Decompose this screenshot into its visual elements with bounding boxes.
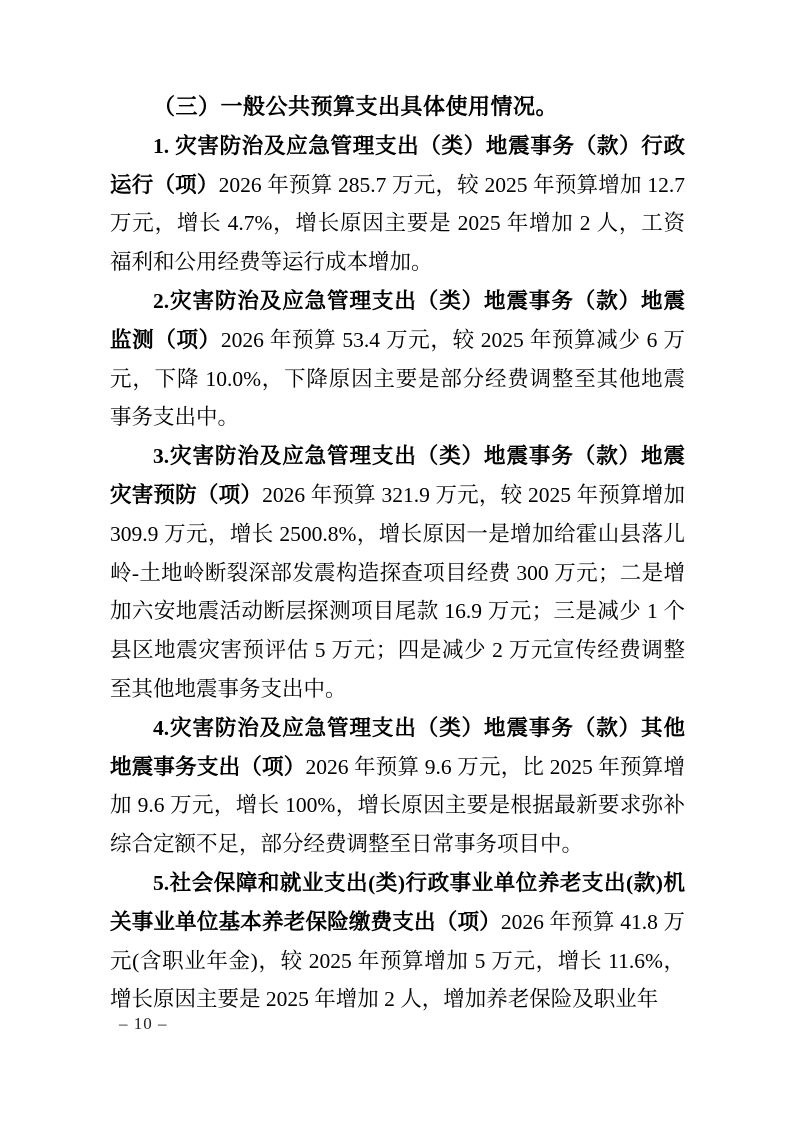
- document-body: （三）一般公共预算支出具体使用情况。 1. 灾害防治及应急管理支出（类）地震事务…: [110, 88, 685, 1019]
- paragraph-2: 2.灾害防治及应急管理支出（类）地震事务（款）地震监测（项）2026 年预算 5…: [110, 282, 685, 437]
- paragraph-3: 3.灾害防治及应急管理支出（类）地震事务（款）地震灾害预防（项）2026 年预算…: [110, 437, 685, 709]
- clause-body-3: 2026 年预算 321.9 万元，较 2025 年预算增加 309.9 万元，…: [110, 483, 685, 701]
- paragraph-5: 5.社会保障和就业支出(类)行政事业单位养老支出(款)机关事业单位基本养老保险缴…: [110, 864, 685, 1019]
- page-number: – 10 –: [119, 1012, 168, 1036]
- paragraph-1: 1. 灾害防治及应急管理支出（类）地震事务（款）行政运行（项）2026 年预算 …: [110, 127, 685, 282]
- paragraph-4: 4.灾害防治及应急管理支出（类）地震事务（款）其他地震事务支出（项）2026 年…: [110, 709, 685, 864]
- section-heading: （三）一般公共预算支出具体使用情况。: [110, 88, 685, 127]
